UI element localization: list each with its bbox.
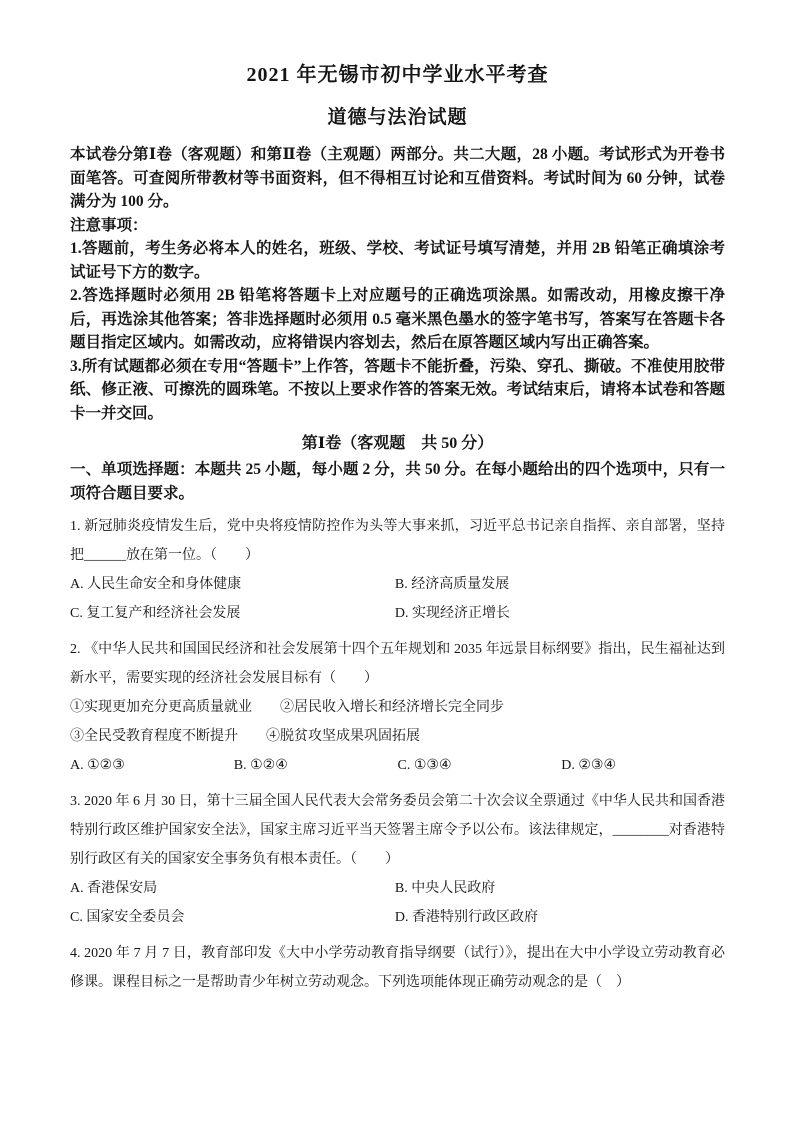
question-2-option-a: A. ①②③	[70, 751, 234, 780]
question-3-option-d: D. 香港特别行政区政府	[395, 903, 725, 932]
question-3-text: 3. 2020 年 6 月 30 日，第十三届全国人民代表大会常务委员会第二十次…	[70, 787, 725, 874]
question-1-option-d: D. 实现经济正增长	[395, 599, 725, 628]
question-3-option-b: B. 中央人民政府	[395, 874, 725, 903]
note-item-3: 3.所有试题都必须在专用“答题卡”上作答，答题卡不能折叠，污染、穿孔、撕破。不准…	[70, 355, 725, 426]
question-2: 2. 《中华人民共和国国民经济和社会发展第十四个五年规划和 2035 年远景目标…	[70, 635, 725, 780]
question-2-option-d: D. ②③④	[561, 751, 725, 780]
question-3-options-row-2: C. 国家安全委员会 D. 香港特别行政区政府	[70, 903, 725, 932]
question-1-option-c: C. 复工复产和经济社会发展	[70, 599, 395, 628]
notes-title: 注意事项：	[70, 214, 725, 238]
question-1-text: 1. 新冠肺炎疫情发生后，党中央将疫情防控作为头等大事来抓，习近平总书记亲自指挥…	[70, 512, 725, 570]
question-4: 4. 2020 年 7 月 7 日，教育部印发《大中小学劳动教育指导纲要（试行）…	[70, 939, 725, 997]
page-title: 2021 年无锡市初中学业水平考查	[70, 62, 725, 88]
exam-document-page: 2021 年无锡市初中学业水平考查 道德与法治试题 本试卷分第Ⅰ卷（客观题）和第…	[0, 0, 793, 1122]
section1-header: 第Ⅰ卷（客观题 共 50 分）	[70, 432, 725, 456]
question-2-statements-1-2: ①实现更加充分更高质量就业 ②居民收入增长和经济增长完全同步	[70, 693, 725, 722]
question-2-statements-3-4: ③全民受教育程度不断提升 ④脱贫攻坚成果巩固拓展	[70, 722, 725, 751]
page-subtitle: 道德与法治试题	[70, 105, 725, 131]
note-item-1: 1.答题前，考生务必将本人的姓名，班级、学校、考试证号填写清楚，并用 2B 铅笔…	[70, 237, 725, 284]
question-2-option-c: C. ①③④	[398, 751, 562, 780]
question-1: 1. 新冠肺炎疫情发生后，党中央将疫情防控作为头等大事来抓，习近平总书记亲自指挥…	[70, 512, 725, 628]
question-1-option-b: B. 经济高质量发展	[395, 570, 725, 599]
section1-instructions: 一、单项选择题：本题共 25 小题，每小题 2 分，共 50 分。在每小题给出的…	[70, 458, 725, 505]
question-2-options-row: A. ①②③ B. ①②④ C. ①③④ D. ②③④	[70, 751, 725, 780]
question-2-text: 2. 《中华人民共和国国民经济和社会发展第十四个五年规划和 2035 年远景目标…	[70, 635, 725, 693]
question-1-option-a: A. 人民生命安全和身体健康	[70, 570, 395, 599]
question-3-option-c: C. 国家安全委员会	[70, 903, 395, 932]
question-3: 3. 2020 年 6 月 30 日，第十三届全国人民代表大会常务委员会第二十次…	[70, 787, 725, 932]
exam-intro-paragraph: 本试卷分第Ⅰ卷（客观题）和第Ⅱ卷（主观题）两部分。共二大题，28 小题。考试形式…	[70, 143, 725, 214]
question-4-text: 4. 2020 年 7 月 7 日，教育部印发《大中小学劳动教育指导纲要（试行）…	[70, 939, 725, 997]
question-2-option-b: B. ①②④	[234, 751, 398, 780]
question-1-options-row-2: C. 复工复产和经济社会发展 D. 实现经济正增长	[70, 599, 725, 628]
question-3-option-a: A. 香港保安局	[70, 874, 395, 903]
question-1-options-row-1: A. 人民生命安全和身体健康 B. 经济高质量发展	[70, 570, 725, 599]
note-item-2: 2.答选择题时必须用 2B 铅笔将答题卡上对应题号的正确选项涂黑。如需改动，用橡…	[70, 284, 725, 355]
question-3-options-row-1: A. 香港保安局 B. 中央人民政府	[70, 874, 725, 903]
